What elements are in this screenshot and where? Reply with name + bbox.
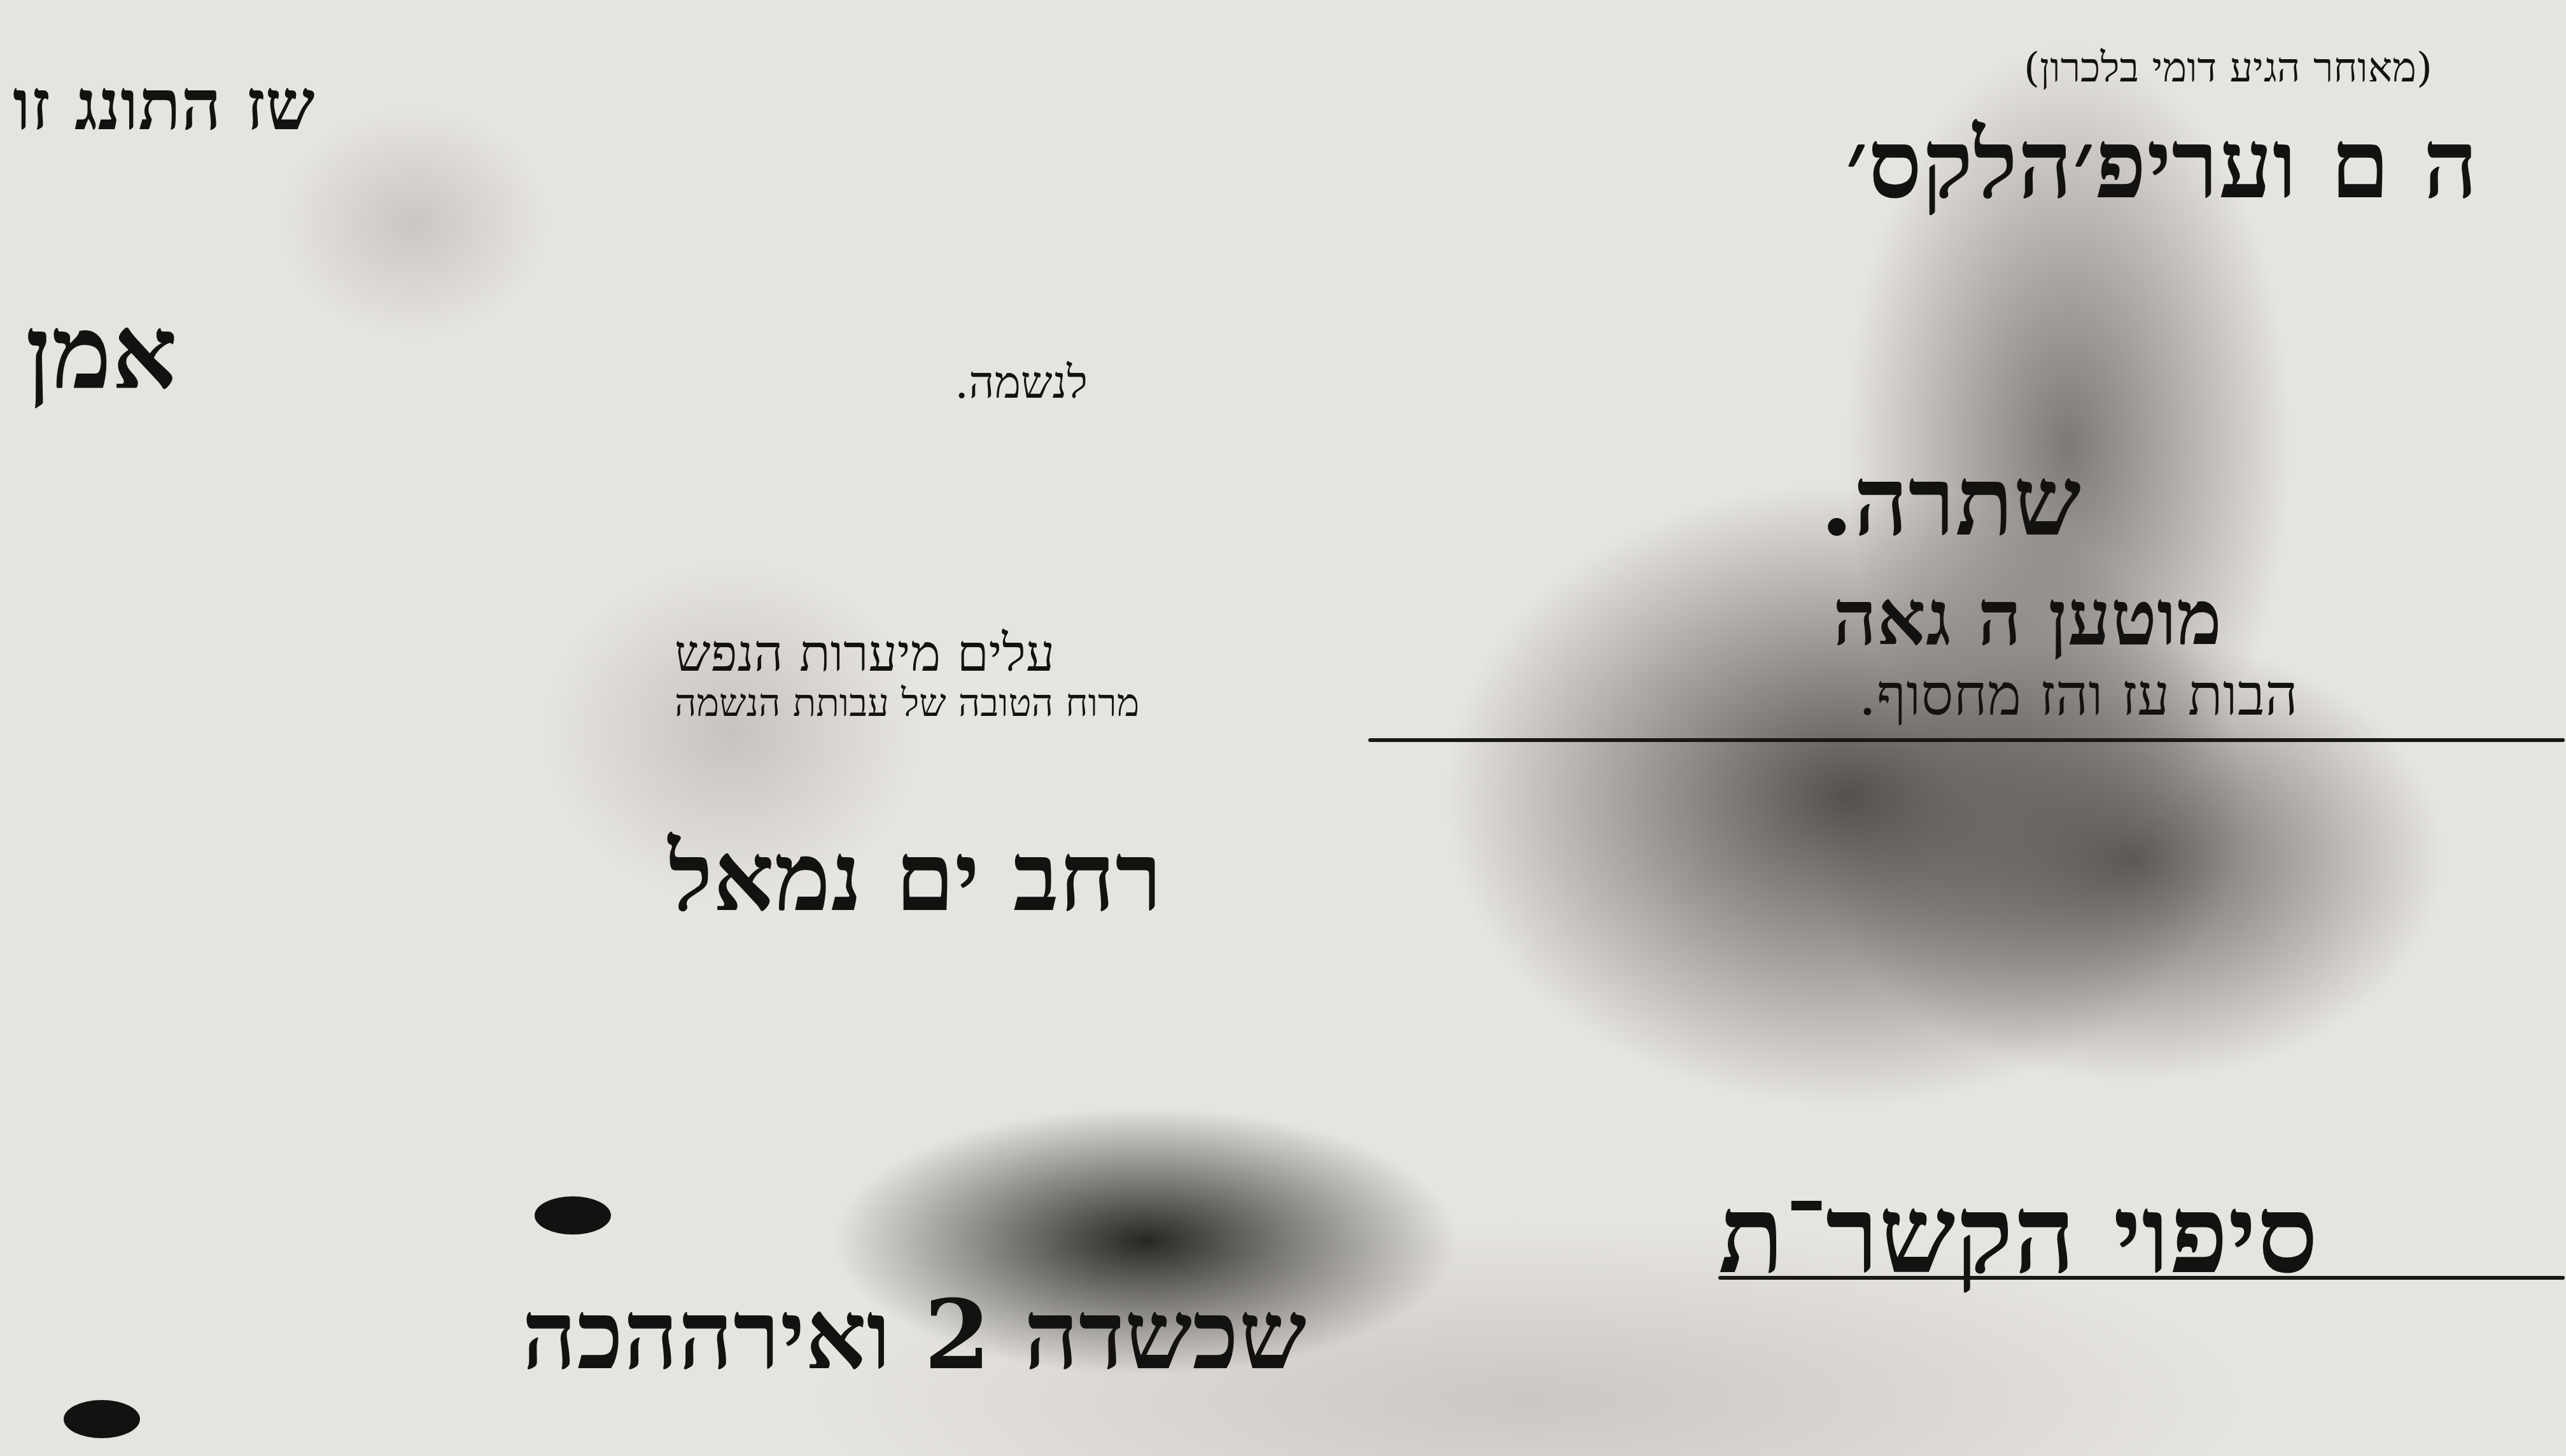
ink-rule-line: [1368, 738, 2565, 742]
ink-artwork: (מאוחר הגיע דומי בלכרון) ה ם ועריפ׳הלקס׳…: [0, 0, 2566, 1456]
mid-right-line-text: מוטען ה גאה: [1833, 573, 2222, 662]
top-center-text: לנשמה.: [955, 356, 1088, 409]
dedication-text: (מאוחר הגיע דומי בלכרון): [2024, 45, 2432, 92]
bottom-center-big-text: שכשדה 2 ואירההכה: [522, 1279, 1307, 1391]
ink-blot: [64, 1400, 140, 1438]
ink-blot: [535, 1196, 611, 1235]
mid-right-small-text: הבות עז והז מחסוף.: [1858, 662, 2298, 729]
mid-right-big-text: שתרה.: [1820, 445, 2081, 557]
ink-baseline: [1718, 1276, 2565, 1280]
left-column-top-text: שז התונג זו: [13, 64, 315, 146]
center-phrase-2-text: מרוח הטובה של עבותת הנשמה: [675, 681, 1139, 725]
center-big-text: רחב ים נמאל: [668, 821, 1162, 933]
left-column-big-text: אמן: [25, 293, 177, 413]
title-text: ה ם ועריפ׳הלקס׳: [1846, 108, 2478, 220]
center-phrase-text: עלים מיערות הנפש: [675, 624, 1055, 683]
